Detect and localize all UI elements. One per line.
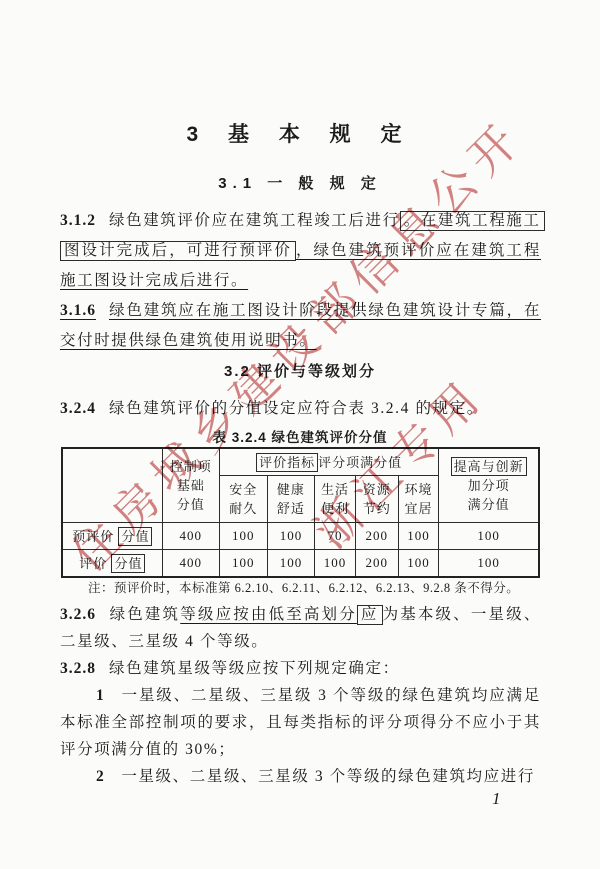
clause-3-1-6: 3.1.6绿色建筑应在施工图设计阶段提供绿色建筑设计专篇，在交付时提供绿色建筑使… (60, 296, 541, 356)
header-convenience: 生活 便利 (315, 476, 356, 523)
table-note: 注：预评价时，本标准第 6.2.10、6.2.11、6.2.12、6.2.13、… (88, 578, 558, 596)
table-row-pre-evaluation: 预评价 分值 400 100 100 70 200 100 100 (62, 523, 539, 550)
clause-3-2-8-number: 3.2.8 (60, 660, 96, 677)
chapter-title: 3 基 本 规 定 (0, 118, 600, 148)
clauses-3-2: 3.2.6绿色建筑等级应按由低至高划分应为基本级、一星级、二星级、三星级 4 个… (60, 601, 541, 790)
header-safety: 安全 耐久 (219, 476, 267, 523)
clause-3-2-4-wrap: 3.2.4绿色建筑评价的分值设定应符合表 3.2.4 的规定。 (60, 394, 541, 424)
cell-value: 100 (219, 550, 267, 578)
clause-3-1-2: 3.1.2绿色建筑评价应在建筑工程竣工后进行。在建筑工程施工图设计完成后，可进行… (60, 206, 541, 296)
cell-value: 100 (267, 523, 315, 550)
clause-3-2-4: 3.2.4绿色建筑评价的分值设定应符合表 3.2.4 的规定。 (60, 394, 541, 424)
row-label-deleted: 分值 (118, 527, 152, 546)
clause-3-2-6-number: 3.2.6 (60, 606, 96, 623)
table-caption: 表 3.2.4 绿色建筑评价分值 (0, 426, 600, 446)
indicator-group-header-text: 评分项满分值 (318, 455, 402, 470)
control-header-line-1: 控制项 (163, 457, 219, 476)
table-corner-cell (62, 448, 162, 523)
item-1-text: 一星级、二星级、三星级 3 个等级的绿色建筑均应满足本标准全部控制项的要求，且每… (60, 687, 541, 758)
clause-3-2-8-text: 绿色建筑星级等级应按下列规定确定： (109, 660, 400, 677)
cell-value: 200 (355, 523, 398, 550)
score-table: 控制项 基础 分值 评价指标评分项满分值 提高与创新 加分项 满分值 安全 耐久… (61, 447, 540, 578)
clause-3-1-6-number: 3.1.6 (60, 302, 96, 319)
clause-3-2-4-number: 3.2.4 (60, 400, 96, 417)
indicator-group-header: 评价指标评分项满分值 (219, 448, 438, 476)
clause-3-2-6-lead-text: 绿色建筑 (109, 606, 180, 623)
page-number: 1 (492, 789, 501, 809)
row-label-deleted: 分值 (111, 554, 145, 573)
item-2-text: 一星级、二星级、三星级 3 个等级的绿色建筑均应进行 (121, 768, 535, 785)
cell-value: 100 (439, 550, 539, 578)
bonus-header: 提高与创新 加分项 满分值 (439, 448, 539, 523)
cell-value: 100 (439, 523, 539, 550)
clause-3-1-6-added-text: 绿色建筑应在施工图设计阶段提供绿色建筑设计专篇，在交付时提供绿色建筑使用说明书。 (60, 302, 541, 349)
cell-value: 70 (315, 523, 356, 550)
section-3-2-title: 3.2 评价与等级划分 (0, 360, 600, 381)
cell-value: 100 (267, 550, 315, 578)
cell-value: 400 (162, 550, 219, 578)
clause-3-2-4-text: 绿色建筑评价的分值设定应符合表 3.2.4 的规定。 (109, 400, 484, 417)
item-2-number: 2 (96, 768, 105, 785)
clause-3-2-6-deleted-text: 应 (357, 605, 383, 625)
clause-3-2-6-added-text: 等级应按由低至高划分 (180, 606, 357, 623)
document-page: 3 基 本 规 定 3.1 一 般 规 定 3.1.2绿色建筑评价应在建筑工程竣… (0, 0, 600, 869)
clause-3-2-8-item-2: 2一星级、二星级、三星级 3 个等级的绿色建筑均应进行 (60, 763, 541, 790)
clauses-3-1: 3.1.2绿色建筑评价应在建筑工程竣工后进行。在建筑工程施工图设计完成后，可进行… (60, 206, 541, 356)
bonus-header-line-2: 满分值 (439, 495, 538, 514)
control-items-header: 控制项 基础 分值 (162, 448, 219, 523)
clause-3-2-8-item-1: 1一星级、二星级、三星级 3 个等级的绿色建筑均应满足本标准全部控制项的要求，且… (60, 682, 541, 763)
cell-value: 200 (355, 550, 398, 578)
header-resources: 资源 节约 (355, 476, 398, 523)
clause-3-2-8: 3.2.8绿色建筑星级等级应按下列规定确定： (60, 655, 541, 682)
bonus-header-deleted: 提高与创新 (451, 457, 527, 476)
control-header-line-3: 分值 (163, 495, 219, 514)
cell-value: 400 (162, 523, 219, 550)
cell-value: 100 (398, 550, 439, 578)
bonus-header-line-1: 加分项 (439, 476, 538, 495)
cell-value: 100 (398, 523, 439, 550)
header-environment: 环境 宜居 (398, 476, 439, 523)
header-health: 健康 舒适 (267, 476, 315, 523)
cell-value: 100 (315, 550, 356, 578)
clause-3-2-6: 3.2.6绿色建筑等级应按由低至高划分应为基本级、一星级、二星级、三星级 4 个… (60, 601, 541, 655)
table-row-evaluation: 评价 分值 400 100 100 100 200 100 100 (62, 550, 539, 578)
row-label-evaluation: 评价 分值 (62, 550, 162, 578)
item-1-number: 1 (96, 687, 105, 704)
cell-value: 100 (219, 523, 267, 550)
clause-3-1-2-number: 3.1.2 (60, 212, 96, 229)
clause-3-1-2-lead-text: 绿色建筑评价应在建筑工程竣工后进行 (109, 212, 400, 229)
control-header-line-2: 基础 (163, 476, 219, 495)
indicator-group-header-deleted: 评价指标 (256, 453, 318, 472)
row-label-pre-evaluation: 预评价 分值 (62, 523, 162, 550)
section-3-1-title: 3.1 一 般 规 定 (0, 172, 600, 193)
